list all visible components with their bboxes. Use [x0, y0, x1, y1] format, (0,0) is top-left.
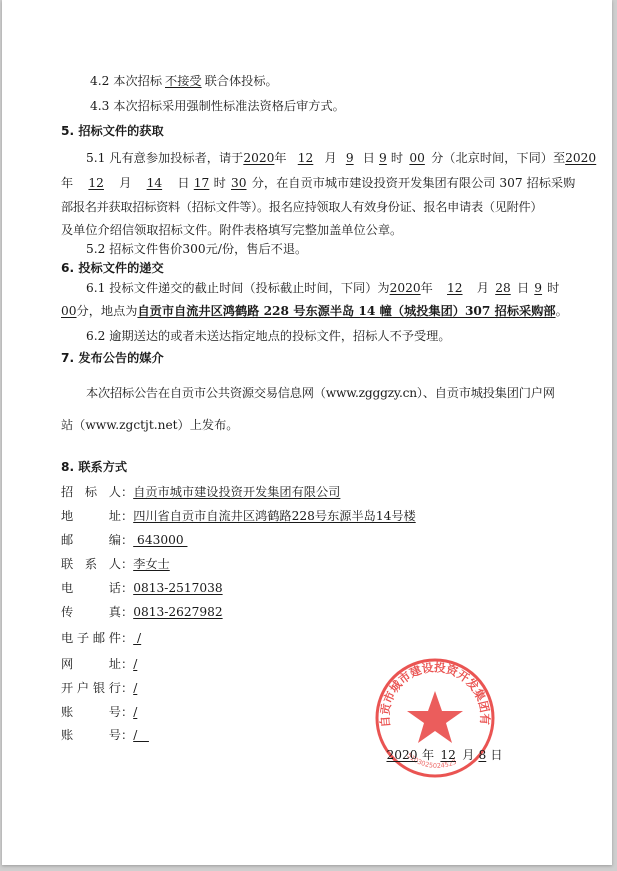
end-year: 2020	[565, 150, 596, 166]
contact-label: 联 系 人	[61, 556, 121, 572]
start-minute: 00	[403, 150, 431, 166]
contact-row-fax: 传 真：0813-2627982	[61, 604, 223, 620]
unit-month: 月	[325, 151, 337, 165]
location-suffix: 。	[556, 304, 568, 318]
paragraph-7-line-2: 站（www.zgctjt.net）上发布。	[61, 417, 239, 433]
unit-hour: 时	[547, 281, 559, 295]
unit-hour: 时	[391, 151, 403, 165]
unit-year: 年	[422, 748, 434, 762]
star-icon	[407, 691, 463, 743]
contact-row-email: 电子邮件： /	[61, 630, 141, 646]
start-month: 12	[287, 150, 325, 166]
paragraph-5-1-line-3: 部报名并获取招标资料（招标文件等）。报名应持领取人有效身份证、报名申请表（见附件…	[61, 199, 542, 215]
p5-1-line2-suffix: 分，在自贡市城市建设投资开发集团有限公司 307 招标采购	[252, 176, 576, 190]
unit-year: 年	[421, 281, 433, 295]
contact-value-address: 四川省自贡市自流井区鸿鹤路228号东源半岛14号楼	[133, 509, 416, 523]
colon: ：	[121, 605, 133, 619]
unit-minute: 分	[431, 151, 443, 165]
sign-day: 8	[474, 748, 490, 762]
start-hour: 9	[375, 150, 391, 166]
colon: ：	[121, 681, 133, 695]
colon: ：	[121, 485, 133, 499]
colon: ：	[121, 728, 133, 742]
p4-2-suffix: 联合体投标。	[205, 74, 278, 88]
unit-day: 日	[177, 176, 189, 190]
deadline-year: 2020	[390, 280, 421, 296]
deadline-day: 28	[489, 280, 517, 296]
contact-row-website: 网 址：/	[61, 656, 137, 672]
contact-value-bidder: 自贡市城市建设投资开发集团有限公司	[133, 485, 340, 499]
joint-bid-value: 不接受	[162, 74, 205, 88]
unit-day: 日	[517, 281, 529, 295]
contact-value-person: 李女士	[133, 557, 170, 571]
p6-1-prefix: 6.1 投标文件递交的截止时间（投标截止时间，下同）为	[86, 281, 390, 295]
p5-1-prefix: 5.1 凡有意参加投标者，请于	[86, 151, 243, 165]
start-day: 9	[337, 150, 363, 166]
end-minute: 30	[226, 175, 252, 191]
paragraph-6-1-line-2: 00分，地点为自贡市自流井区鸿鹤路 228 号东源半岛 14 幢（城投集团）30…	[61, 303, 568, 319]
submission-location: 自贡市自流井区鸿鹤路 228 号东源半岛 14 幢（城投集团）307 招标采购部	[137, 304, 555, 318]
contact-row-postcode: 邮 编： 643000	[61, 532, 187, 548]
colon: ：	[121, 705, 133, 719]
paragraph-6-2: 6.2 逾期送达的或者未送达指定地点的投标文件，招标人不予受理。	[86, 328, 451, 344]
contact-value-phone: 0813-2517038	[133, 581, 222, 595]
contact-label: 电子邮件	[61, 630, 121, 646]
contact-row-account-1: 账 号：/	[61, 704, 137, 720]
contact-label: 传 真	[61, 604, 121, 620]
contact-value-postcode: 643000	[133, 533, 187, 547]
contact-label: 招 标 人	[61, 484, 121, 500]
unit-month: 月	[462, 748, 474, 762]
contact-value-email: /	[133, 631, 141, 645]
contact-label: 网 址	[61, 656, 121, 672]
sign-year: 2020	[382, 748, 422, 762]
colon: ：	[121, 557, 133, 571]
unit-day: 日	[490, 748, 502, 762]
unit-hour: 时	[214, 176, 226, 190]
section-5-heading: 5. 招标文件的获取	[61, 123, 164, 139]
paragraph-5-1-line-1: 5.1 凡有意参加投标者，请于2020年12月9日9时00分（北京时间，下同）至…	[86, 150, 596, 166]
colon: ：	[121, 631, 133, 645]
paragraph-5-1-line-2: 年12月14日17时30分，在自贡市城市建设投资开发集团有限公司 307 招标采…	[61, 175, 575, 191]
p5-1-mid: （北京时间，下同）至	[443, 151, 565, 165]
paragraph-6-1-line-1: 6.1 投标文件递交的截止时间（投标截止时间，下同）为2020年12月28日9时	[86, 280, 559, 296]
sign-month: 12	[434, 748, 462, 762]
paragraph-4-3: 4.3 本次招标采用强制性标准法资格后审方式。	[90, 98, 345, 114]
contact-value-account-1: /	[133, 705, 137, 719]
contact-label: 地 址	[61, 508, 121, 524]
contact-row-contact-person: 联 系 人：李女士	[61, 556, 170, 572]
contact-value-website: /	[133, 657, 137, 671]
colon: ：	[121, 509, 133, 523]
paragraph-5-1-line-4: 及单位介绍信领取招标文件。附件表格填写完整加盖单位公章。	[61, 222, 402, 238]
deadline-hour: 9	[529, 280, 547, 296]
contact-value-bank: /	[133, 681, 137, 695]
signature-date: 2020年12月8日	[382, 746, 503, 763]
contact-label: 账 号	[61, 727, 121, 743]
end-hour: 17	[190, 175, 214, 191]
contact-label: 电 话	[61, 580, 121, 596]
contact-label: 邮 编	[61, 532, 121, 548]
contact-label: 账 号	[61, 704, 121, 720]
contact-value-account-2: /	[133, 728, 149, 742]
contact-row-bidder: 招 标 人：自贡市城市建设投资开发集团有限公司	[61, 484, 340, 500]
end-day: 14	[131, 175, 177, 191]
section-7-heading: 7. 发布公告的媒介	[61, 350, 164, 366]
location-prefix: 分，地点为	[77, 304, 138, 318]
contact-row-address: 地 址：四川省自贡市自流井区鸿鹤路228号东源半岛14号楼	[61, 508, 416, 524]
deadline-minute: 00	[61, 303, 77, 319]
contact-row-account-2: 账 号：/	[61, 727, 149, 743]
document-page: 4.2 本次招标不接受联合体投标。 4.3 本次招标采用强制性标准法资格后审方式…	[2, 0, 612, 865]
unit-year: 年	[274, 151, 286, 165]
p4-2-prefix: 4.2 本次招标	[90, 74, 162, 88]
contact-row-phone: 电 话：0813-2517038	[61, 580, 223, 596]
contact-label: 开户银行	[61, 680, 121, 696]
deadline-month: 12	[433, 280, 477, 296]
colon: ：	[121, 533, 133, 547]
start-year: 2020	[243, 150, 274, 166]
unit-day: 日	[363, 151, 375, 165]
unit-year: 年	[61, 176, 73, 190]
unit-month: 月	[477, 281, 489, 295]
paragraph-7-line-1: 本次招标公告在自贡市公共资源交易信息网（www.zgggzy.cn）、自贡市城投…	[86, 385, 555, 401]
end-month: 12	[73, 175, 119, 191]
contact-row-bank: 开户银行：/	[61, 680, 137, 696]
unit-month: 月	[119, 176, 131, 190]
paragraph-4-2: 4.2 本次招标不接受联合体投标。	[90, 73, 278, 89]
colon: ：	[121, 581, 133, 595]
section-8-heading: 8. 联系方式	[61, 459, 127, 475]
colon: ：	[121, 657, 133, 671]
paragraph-5-2: 5.2 招标文件售价300元/份，售后不退。	[86, 241, 307, 257]
section-6-heading: 6. 投标文件的递交	[61, 260, 164, 276]
contact-value-fax: 0813-2627982	[133, 605, 222, 619]
